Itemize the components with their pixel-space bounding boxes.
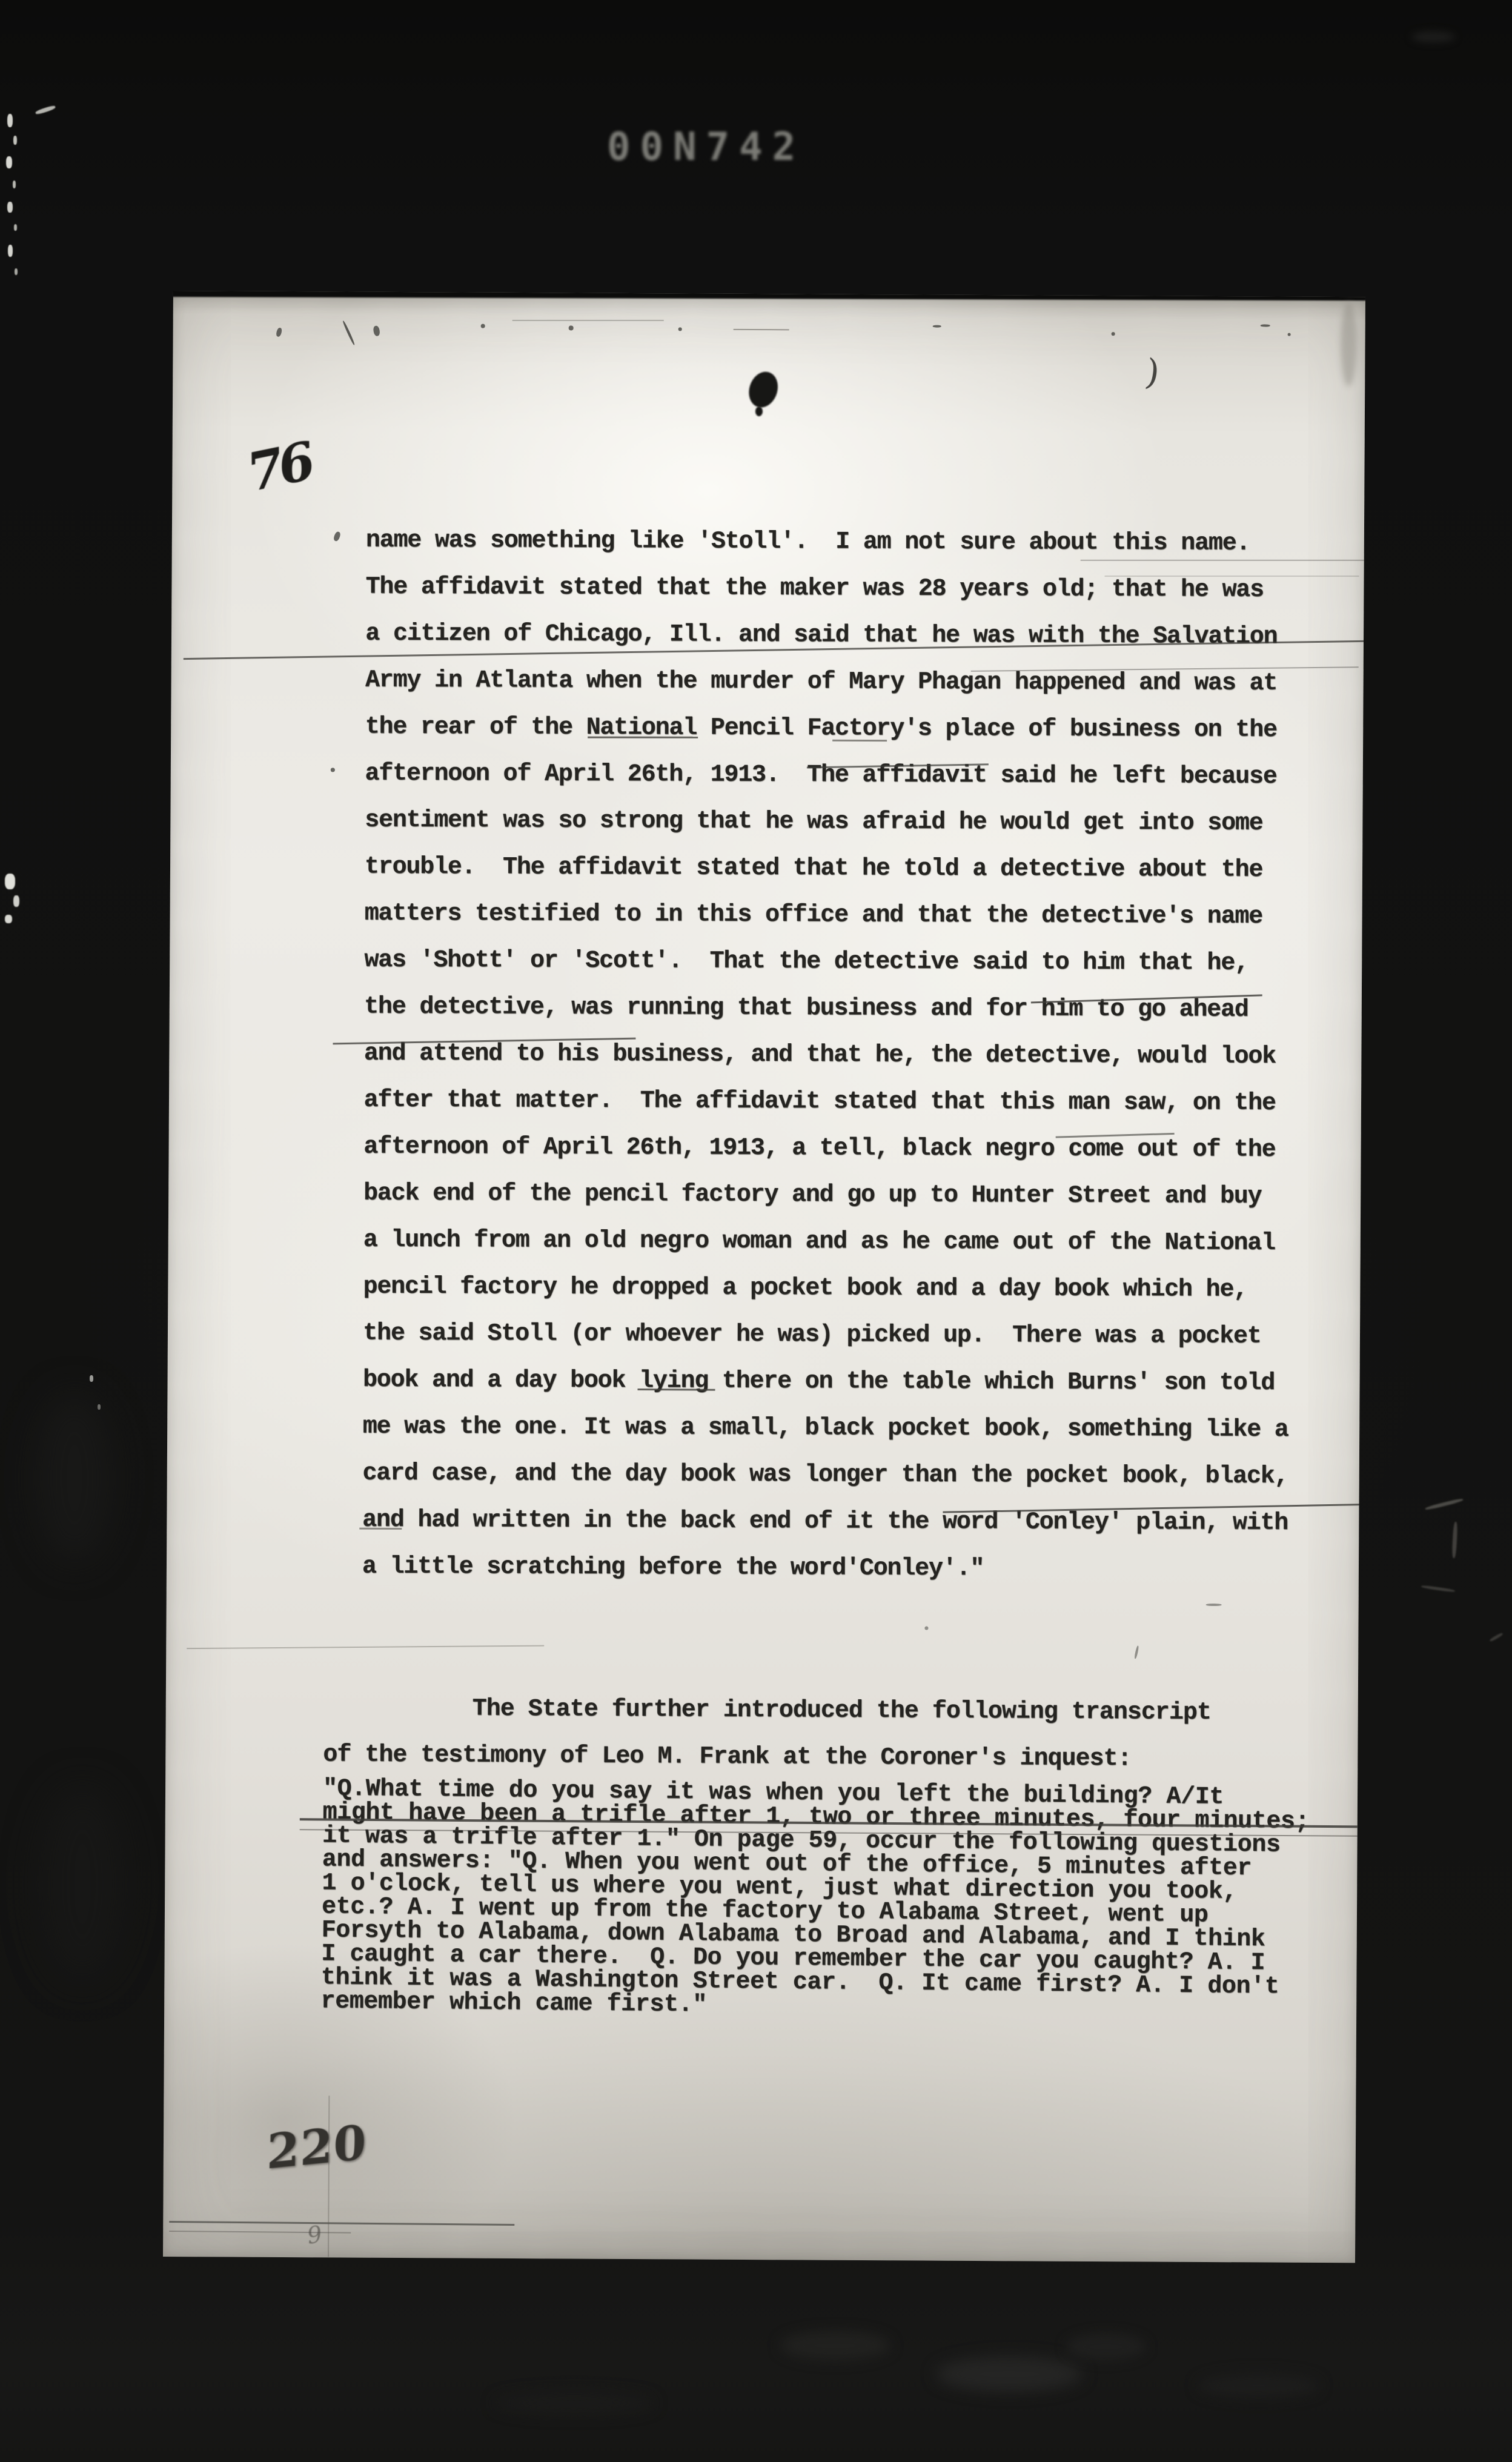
film-scratch: [15, 268, 18, 275]
text-line: card case, and the day book was longer t…: [362, 1450, 1288, 1500]
film-blotch: [35, 1393, 114, 1563]
film-scratch: [13, 181, 16, 188]
text-line: Army in Atlanta when the murder of Mary …: [365, 657, 1291, 707]
page-speck: [678, 327, 682, 331]
ink-blot: [755, 406, 763, 416]
scratch-line: [169, 2231, 351, 2234]
film-blotch: [496, 2393, 653, 2414]
text-line: The affidavit stated that the maker was …: [366, 564, 1291, 614]
page-speck: [333, 531, 341, 542]
film-scratch: [14, 224, 17, 231]
film-scratch: [8, 245, 13, 257]
film-scratch: [13, 136, 17, 145]
page-speck: [342, 320, 356, 346]
film-mark: [1489, 1632, 1503, 1642]
text-line: a little scratching before the word'Conl…: [362, 1544, 1288, 1593]
ink-blot: [744, 368, 783, 411]
text-line: The State further introduced the followi…: [323, 1685, 1212, 1736]
film-scratch: [6, 156, 12, 168]
scratch-line: [1105, 576, 1359, 577]
film-scratch: [5, 874, 15, 889]
transcript-intro-paragraph: The State further introduced the followi…: [323, 1685, 1211, 1783]
page-speck: [924, 1627, 928, 1630]
text-line: pencil factory he dropped a pocket book …: [363, 1264, 1288, 1313]
page-speck: [331, 768, 335, 772]
text-line: the rear of the National Pencil Factory'…: [365, 704, 1291, 754]
film-blotch: [40, 1787, 125, 1981]
film-mark: [1425, 1498, 1464, 1510]
page-speck: [933, 325, 941, 328]
film-speck: [98, 1404, 101, 1410]
text-line: a lunch from an old negro woman and as h…: [363, 1217, 1289, 1267]
underline-mark: [588, 737, 698, 738]
microfilm-scan: 00N742 76: [0, 0, 1512, 2462]
text-line: was 'Shott' or 'Scott'. That the detecti…: [364, 937, 1290, 987]
film-scratch: [35, 105, 56, 115]
scratch-line: [1081, 560, 1365, 561]
pen-paren-mark: ): [1143, 351, 1162, 394]
underline-mark: [359, 1528, 402, 1530]
text-line: and attend to his business, and that he,…: [364, 1030, 1290, 1080]
page-speck: [481, 324, 485, 328]
text-line: the said Stoll (or whoever he was) picke…: [363, 1310, 1288, 1360]
film-blotch: [936, 2357, 1083, 2392]
text-line: the detective, was running that business…: [364, 984, 1290, 1034]
page-speck: [1288, 333, 1291, 336]
film-scratch: [7, 202, 13, 213]
page-number-stamp: 220: [266, 2115, 367, 2180]
scratch-line: [512, 320, 664, 321]
handwritten-page-mark: 76: [242, 431, 316, 503]
text-line: matters testified to in this office and …: [365, 891, 1290, 940]
document-page: 76 ) name was something like 'Stoll'. I …: [163, 291, 1365, 2263]
film-blotch: [1198, 2374, 1319, 2398]
film-scratch: [13, 895, 19, 907]
film-blotch: [780, 2331, 890, 2360]
page-speck: [373, 325, 380, 336]
page-speck: [569, 325, 574, 330]
text-line: and had written in the back end of it th…: [362, 1497, 1288, 1547]
scratch-line: [169, 2221, 514, 2226]
film-mark: [1421, 1585, 1455, 1593]
underline-mark: [832, 740, 887, 742]
page-speck: [1134, 1645, 1139, 1659]
page-speck: [276, 327, 283, 337]
film-frame-stamp: 00N742: [607, 125, 805, 170]
text-line: after that matter. The affidavit stated …: [364, 1077, 1290, 1127]
pen-mark: 9: [305, 2221, 323, 2249]
text-line: afternoon of April 26th, 1913. The affid…: [365, 751, 1290, 800]
scratch-line: [187, 1645, 544, 1650]
text-line: back end of the pencil factory and go up…: [363, 1170, 1289, 1220]
film-speck: [90, 1375, 93, 1382]
film-scratch: [7, 114, 13, 127]
text-line: afternoon of April 26th, 1913, a tell, b…: [363, 1124, 1289, 1173]
text-line: me was the one. It was a small, black po…: [363, 1404, 1288, 1453]
text-line: of the testimony of Leo M. Frank at the …: [323, 1731, 1211, 1783]
film-blotch: [1066, 2334, 1146, 2360]
text-line: sentiment was so strong that he was afra…: [365, 797, 1290, 847]
page-speck: [1261, 324, 1270, 327]
page-top-edge: [170, 291, 1365, 300]
film-scratch: [5, 915, 12, 923]
page-edge-grime: [1341, 302, 1357, 387]
affidavit-paragraph: name was something like 'Stoll'. I am no…: [362, 517, 1291, 1593]
text-line: trouble. The affidavit stated that he to…: [365, 844, 1290, 894]
scratch-line: [734, 329, 789, 330]
page-speck: [1112, 332, 1115, 336]
coroner-inquest-qa-block: "Q.What time do you say it was when you …: [320, 1777, 1309, 2023]
film-blotch: [1411, 32, 1455, 42]
page-speck: [1206, 1604, 1222, 1606]
text-line: book and a day book lying there on the t…: [363, 1357, 1288, 1407]
film-mark: [1451, 1522, 1457, 1558]
